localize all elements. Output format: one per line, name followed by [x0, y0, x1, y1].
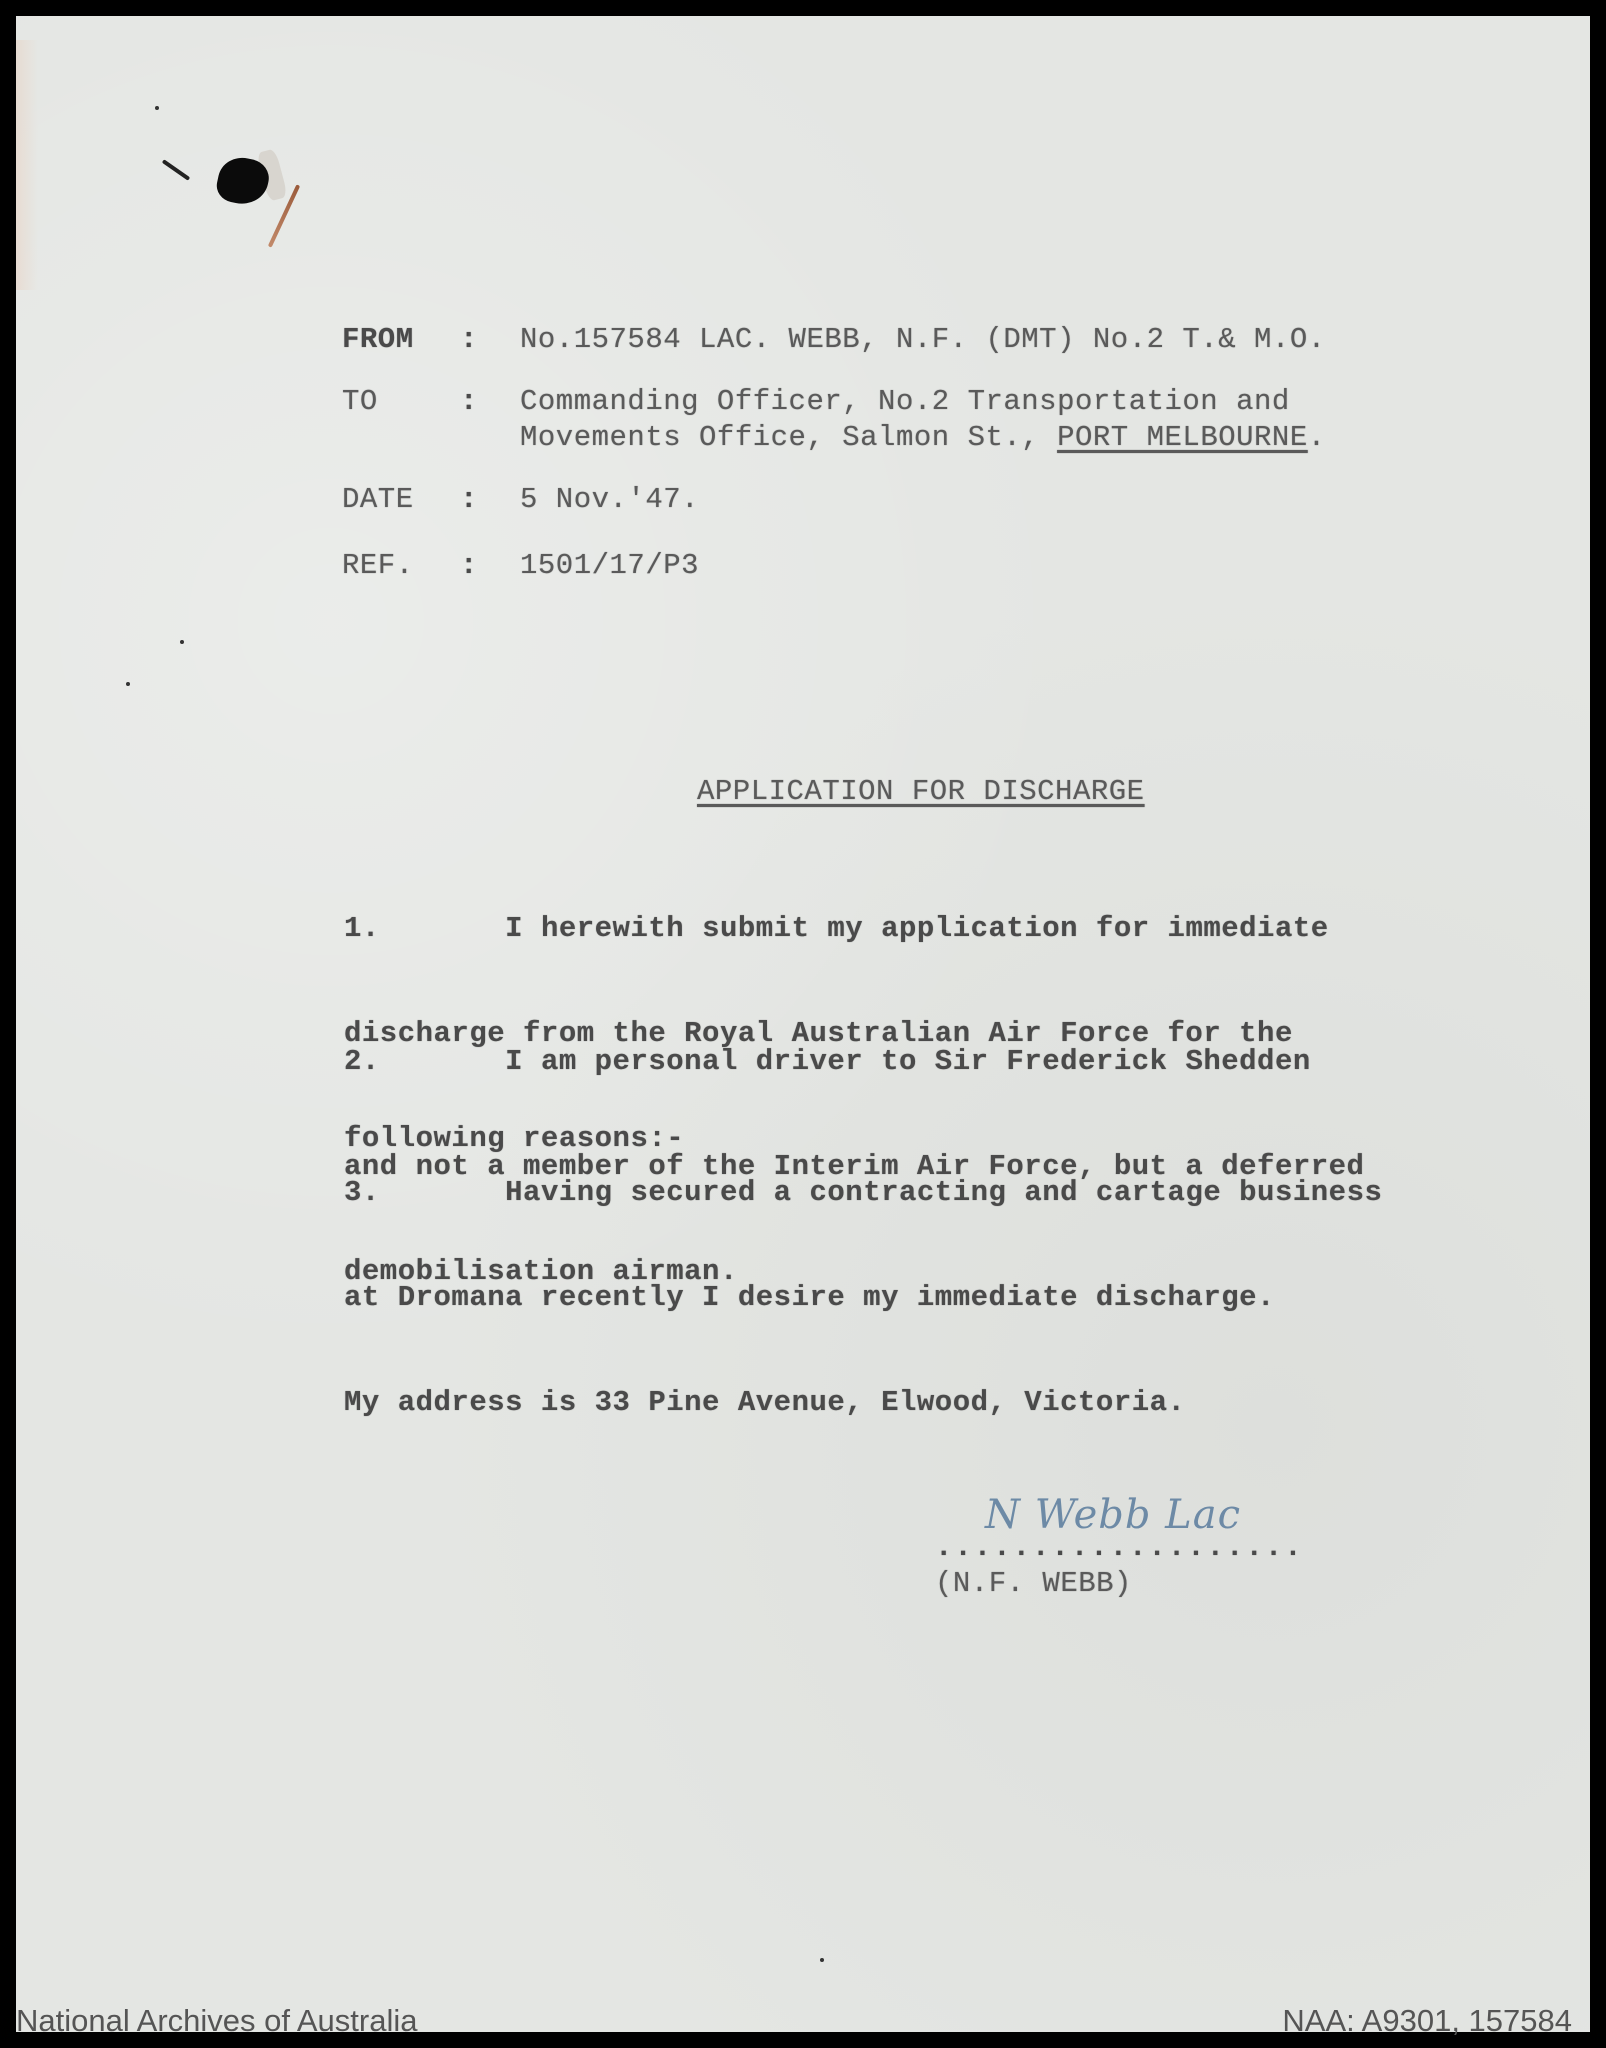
paragraph-1-number: 1.: [344, 912, 380, 945]
paragraph-3-line-3: My address is 33 Pine Avenue, Elwood, Vi…: [344, 1386, 1494, 1419]
to-value-line-1: Commanding Officer, No.2 Transportation …: [520, 384, 1290, 420]
paper-speck: [180, 640, 184, 644]
paragraph-3-number: 3.: [344, 1176, 380, 1209]
paper-speck: [155, 106, 159, 110]
paragraph-2-number: 2.: [344, 1045, 380, 1078]
from-label: FROM: [342, 322, 452, 358]
paper-speck: [126, 682, 130, 686]
to-colon: :: [460, 384, 480, 420]
to-value-line-2: Movements Office, Salmon St., PORT MELBO…: [520, 420, 1326, 456]
ref-label: REF.: [342, 548, 452, 584]
to-address-suffix: .: [1308, 421, 1326, 454]
signatory-printed-name: (N.F. WEBB): [935, 1566, 1132, 1602]
date-colon: :: [460, 482, 480, 518]
paragraph-3-line-2: at Dromana recently I desire my immediat…: [344, 1281, 1494, 1314]
paragraph-1-line-1: 1. I herewith submit my application for …: [344, 912, 1494, 945]
ref-colon: :: [460, 548, 480, 584]
from-colon: :: [460, 322, 480, 358]
signature-dotted-line: ...................: [935, 1530, 1304, 1566]
paragraph-2-line-1: 2. I am personal driver to Sir Frederick…: [344, 1045, 1494, 1078]
document-title: APPLICATION FOR DISCHARGE: [697, 774, 1145, 810]
paragraph-3-line-1: 3. Having secured a contracting and cart…: [344, 1176, 1494, 1209]
to-label: TO: [342, 384, 452, 420]
date-value: 5 Nov.'47.: [520, 482, 699, 518]
to-address-prefix: Movements Office, Salmon St.,: [520, 421, 1057, 454]
to-address-city: PORT MELBOURNE: [1057, 421, 1308, 454]
paper-stain: [16, 40, 38, 290]
archive-name: National Archives of Australia: [16, 2003, 418, 2039]
date-label: DATE: [342, 482, 452, 518]
from-value: No.157584 LAC. WEBB, N.F. (DMT) No.2 T.&…: [520, 322, 1326, 358]
archive-reference: NAA: A9301, 157584: [1282, 2003, 1572, 2039]
ref-value: 1501/17/P3: [520, 548, 699, 584]
paper-speck: [820, 1958, 824, 1962]
paragraph-3: 3. Having secured a contracting and cart…: [344, 1104, 1494, 1455]
